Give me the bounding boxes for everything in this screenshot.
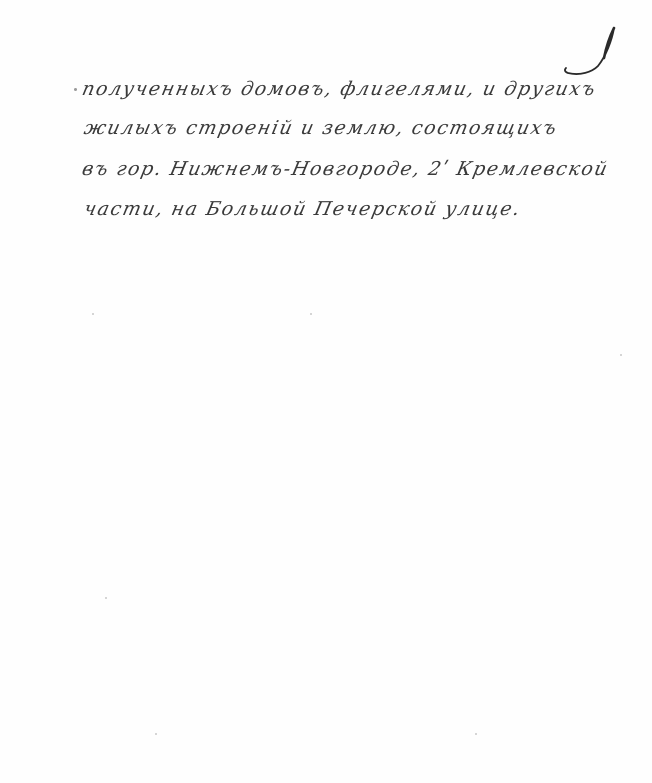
paper-speck xyxy=(105,597,107,599)
paper-speck xyxy=(620,354,622,356)
paper-speck xyxy=(155,733,157,735)
handwritten-line-1: полученныхъ домовъ, флигелями, и другихъ xyxy=(80,78,598,100)
page-number-glyph xyxy=(562,26,622,78)
paper-speck xyxy=(475,733,477,735)
handwritten-line-3: въ гор. Нижнемъ-Новгороде, 2ʹ Кремлевско… xyxy=(80,158,611,180)
document-page: полученныхъ домовъ, флигелями, и другихъ… xyxy=(0,0,652,783)
paper-speck xyxy=(92,313,94,315)
paper-speck xyxy=(310,313,312,315)
handwritten-line-2: жилыхъ строеній и землю, состоящихъ xyxy=(82,117,560,139)
page-number xyxy=(562,26,622,78)
margin-dot xyxy=(74,88,77,91)
handwritten-line-4: части, на Большой Печерской улице. xyxy=(82,198,523,220)
